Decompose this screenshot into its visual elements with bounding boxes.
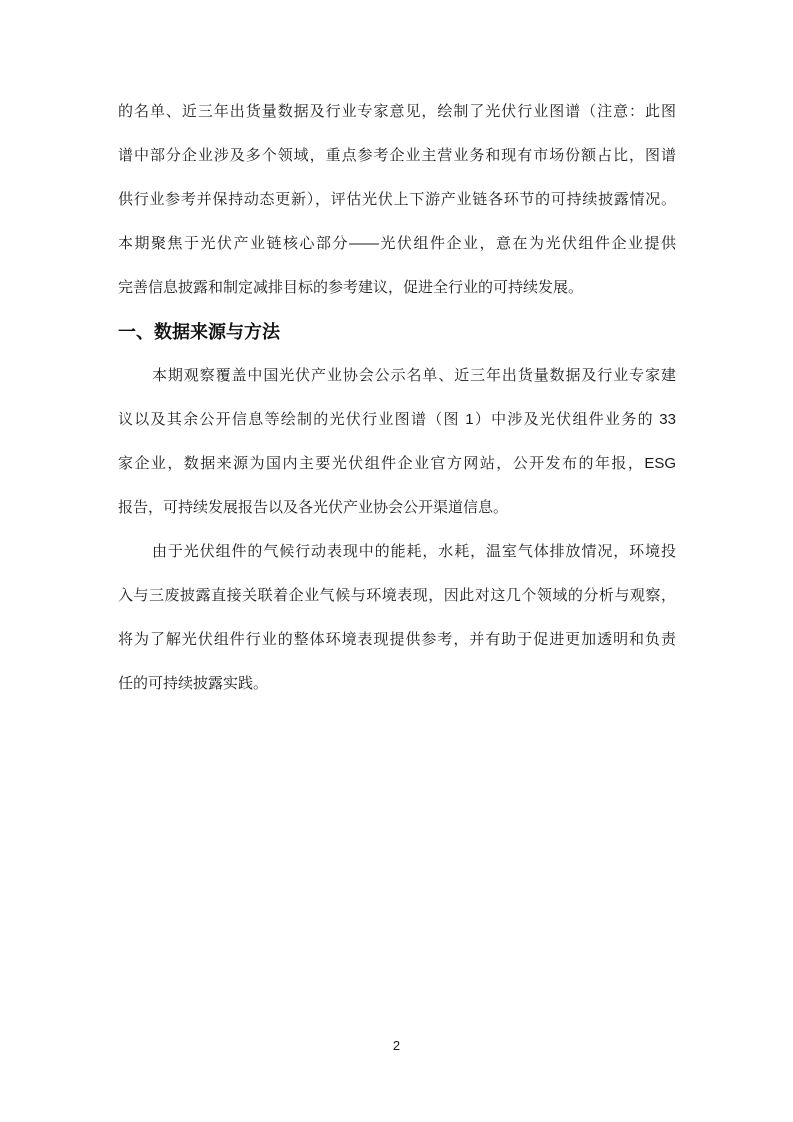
text-line: 本期观察覆盖中国光伏产业协会公示名单、近三年出货量数据及行业专家建 [118, 354, 676, 398]
text-line: 的名单、近三年出货量数据及行业专家意见，绘制了光伏行业图谱（注意：此图 [118, 90, 676, 134]
document-body: 的名单、近三年出货量数据及行业专家意见，绘制了光伏行业图谱（注意：此图 谱中部分… [118, 90, 676, 706]
paragraph-data-sources: 本期观察覆盖中国光伏产业协会公示名单、近三年出货量数据及行业专家建 议以及其余公… [118, 354, 676, 530]
text-line: 家企业，数据来源为国内主要光伏组件企业官方网站，公开发布的年报，ESG [118, 442, 676, 486]
text-line: 议以及其余公开信息等绘制的光伏行业图谱（图 1）中涉及光伏组件业务的 33 [118, 398, 676, 442]
text-line: 完善信息披露和制定减排目标的参考建议，促进全行业的可持续发展。 [118, 266, 676, 310]
text-line: 本期聚焦于光伏产业链核心部分——光伏组件企业，意在为光伏组件企业提供 [118, 222, 676, 266]
paragraph-environment-focus: 由于光伏组件的气候行动表现中的能耗，水耗，温室气体排放情况，环境投 入与三废披露… [118, 530, 676, 706]
document-page: 的名单、近三年出货量数据及行业专家意见，绘制了光伏行业图谱（注意：此图 谱中部分… [0, 0, 793, 1122]
text-line: 任的可持续披露实践。 [118, 662, 676, 706]
text-line: 谱中部分企业涉及多个领域，重点参考企业主营业务和现有市场份额占比，图谱 [118, 134, 676, 178]
text-line: 供行业参考并保持动态更新），评估光伏上下游产业链各环节的可持续披露情况。 [118, 178, 676, 222]
text-line: 由于光伏组件的气候行动表现中的能耗，水耗，温室气体排放情况，环境投 [118, 530, 676, 574]
text-line: 报告，可持续发展报告以及各光伏产业协会公开渠道信息。 [118, 486, 676, 530]
paragraph-intro-continuation: 的名单、近三年出货量数据及行业专家意见，绘制了光伏行业图谱（注意：此图 谱中部分… [118, 90, 676, 310]
text-line: 将为了解光伏组件行业的整体环境表现提供参考，并有助于促进更加透明和负责 [118, 618, 676, 662]
page-number: 2 [0, 1036, 793, 1056]
text-line: 入与三废披露直接关联着企业气候与环境表现，因此对这几个领域的分析与观察， [118, 574, 676, 618]
section-heading: 一、数据来源与方法 [118, 310, 676, 354]
